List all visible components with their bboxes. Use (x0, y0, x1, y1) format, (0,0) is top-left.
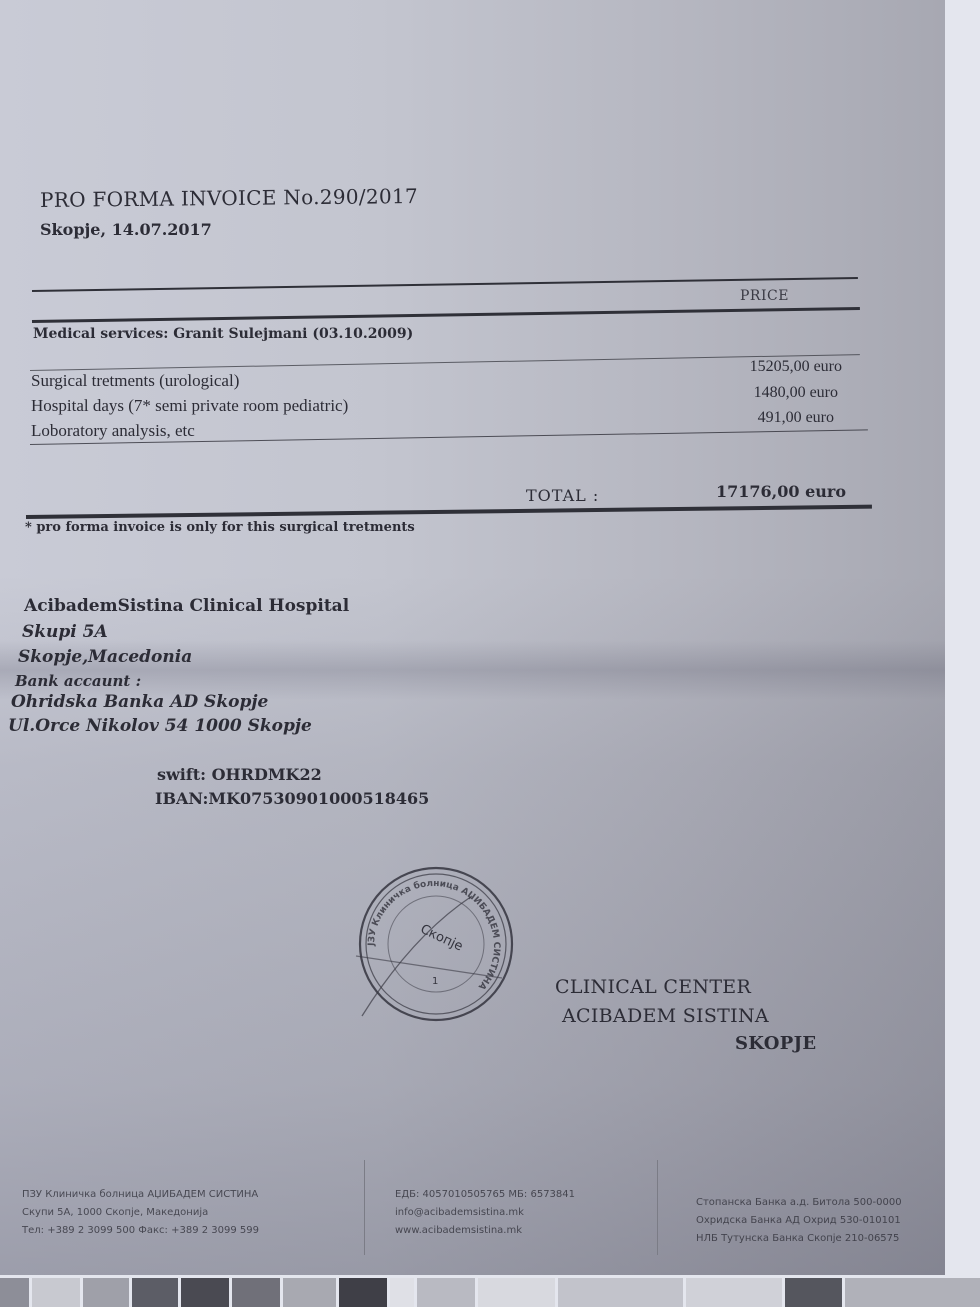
footer-line: Стопанска Банка а.д. Битола 500-0000 (696, 1194, 902, 1212)
invoice-place-date: Skopje, 14.07.2017 (40, 220, 212, 239)
hospital-street: Skupi 5A (22, 622, 108, 642)
hospital-stamp-icon: ЈЗУ Клиничка болница АЏИБАДЕМ СИСТИНА Ск… (352, 866, 516, 1026)
line-item-amount: 491,00 euro (664, 409, 834, 427)
footer-divider (657, 1160, 658, 1255)
footer-line: Тел: +389 2 3099 500 Факс: +389 2 3099 5… (22, 1222, 259, 1240)
line-item-description: Surgical tretments (urological) (31, 371, 239, 391)
hospital-city: Skopje,Macedonia (18, 647, 192, 667)
iban: IBAN:MK07530901000518465 (155, 789, 429, 808)
background-image-strip (0, 1278, 980, 1307)
stamp-number: 1 (432, 976, 438, 987)
hospital-name: AcibademSistina Clinical Hospital (24, 596, 349, 616)
footer-column-1: ПЗУ Клиничка болница АЏИБАДЕМ СИСТИНА Ск… (22, 1186, 259, 1240)
footer-divider (364, 1160, 365, 1255)
total-label: TOTAL : (526, 486, 599, 505)
clinic-name-line3: SKOPJE (735, 1033, 816, 1054)
invoice-footnote: * pro forma invoice is only for this sur… (25, 520, 415, 535)
footer-line: Охридска Банка АД Охрид 530-010101 (696, 1212, 902, 1230)
bank-name: Ohridska Banka AD Skopje (11, 692, 268, 712)
footer-line: www.acibademsistina.mk (395, 1222, 575, 1240)
bank-address: Ul.Orce Nikolov 54 1000 Skopje (8, 716, 312, 736)
footer-line: ЕДБ: 4057010505765 МБ: 6573841 (395, 1186, 575, 1204)
footer-column-3: Стопанска Банка а.д. Битола 500-0000 Охр… (696, 1194, 902, 1248)
line-item-description: Loboratory analysis, etc (31, 421, 195, 441)
line-item-amount: 15205,00 euro (672, 358, 842, 376)
price-column-header: PRICE (740, 288, 789, 304)
total-value: 17176,00 euro (690, 482, 846, 501)
line-item-description: Hospital days (7* semi private room pedi… (31, 396, 348, 416)
line-item-amount: 1480,00 euro (668, 384, 838, 402)
footer-line: Скупи 5А, 1000 Скопје, Македонија (22, 1204, 259, 1222)
footer-line: info@acibademsistina.mk (395, 1204, 575, 1222)
stamp-center-text: Скопје (418, 922, 465, 955)
invoice-title: PRO FORMA INVOICE No.290/2017 (40, 184, 418, 212)
footer-line: НЛБ Тутунска Банка Скопје 210-06575 (696, 1230, 902, 1248)
patient-line: Medical services: Granit Sulejmani (03.1… (33, 326, 413, 342)
swift-code: swift: OHRDMK22 (157, 765, 322, 784)
footer-column-2: ЕДБ: 4057010505765 МБ: 6573841 info@acib… (395, 1186, 575, 1240)
bank-account-label: Bank accaunt : (15, 672, 141, 690)
footer-line: ПЗУ Клиничка болница АЏИБАДЕМ СИСТИНА (22, 1186, 259, 1204)
clinic-name-line1: CLINICAL CENTER (555, 976, 751, 998)
clinic-name-line2: ACIBADEM SISTINA (562, 1005, 769, 1027)
